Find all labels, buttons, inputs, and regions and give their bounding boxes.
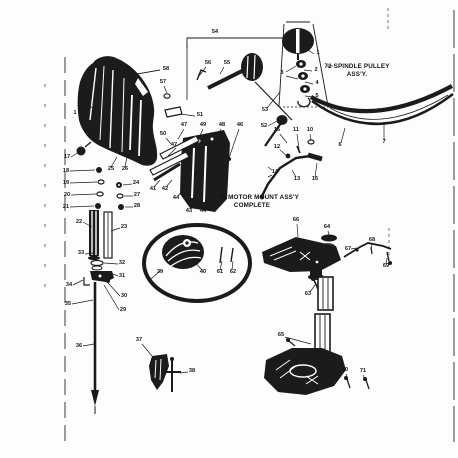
leader-line — [178, 129, 184, 139]
part-label: 2 — [314, 67, 317, 73]
part-label: 64 — [324, 224, 331, 230]
part-label: 50 — [160, 131, 166, 137]
table-assembly — [262, 235, 341, 281]
leader-line — [104, 285, 119, 310]
pin-56 — [197, 70, 206, 80]
part-label: 47 — [171, 142, 177, 148]
part-label: 39 — [157, 269, 163, 275]
part-label: 53 — [262, 107, 268, 113]
leader-line — [328, 231, 329, 235]
leader-line — [137, 70, 160, 74]
part-label: 14 — [272, 169, 279, 175]
leader-line — [304, 70, 312, 71]
part-label: 22 — [76, 219, 82, 225]
part-label: 1 — [316, 50, 319, 56]
part-label: 27 — [134, 192, 140, 198]
part-label: 21 — [63, 204, 69, 210]
part-label: 13 — [294, 176, 300, 182]
part-label: 68 — [369, 237, 375, 243]
base-casting — [264, 348, 346, 395]
part-label: 28 — [134, 203, 140, 209]
part-label: 44 — [173, 195, 180, 201]
part-label: 36 — [76, 343, 82, 349]
part-label: 43 — [186, 208, 192, 214]
table-crank — [344, 243, 392, 265]
part-label: 18 — [63, 168, 69, 174]
part-label: 63 — [305, 291, 311, 297]
spindle-pulley-callout-line2: ASS'Y. — [347, 71, 368, 78]
part-label: 4 — [315, 80, 319, 86]
part-label: 47 — [181, 122, 187, 128]
handle-grip — [308, 155, 322, 159]
part-label: 38 — [189, 368, 195, 374]
key-51 — [165, 107, 182, 117]
leader-line — [286, 76, 298, 79]
part-label: 5 — [315, 93, 318, 99]
part-label: 31 — [119, 273, 125, 279]
leader-line — [73, 280, 83, 285]
leader-line — [310, 134, 311, 140]
part-label: 40 — [200, 269, 206, 275]
part-label: 35 — [65, 301, 71, 307]
leader-line — [104, 263, 118, 264]
part-label: 42 — [162, 186, 168, 192]
part-label: 69 — [383, 263, 389, 269]
cap-64 — [321, 235, 337, 242]
leader-line — [268, 175, 272, 177]
leader-line — [83, 344, 94, 346]
feed-handle — [262, 156, 310, 196]
column-lower-tube — [286, 314, 330, 352]
part-label: 67 — [345, 246, 351, 252]
part-label: 12 — [274, 144, 280, 150]
part-label: 49 — [200, 122, 206, 128]
part-label: 44 — [200, 208, 207, 214]
part-label: 11 — [293, 127, 299, 133]
leader-line — [315, 163, 317, 177]
motor-mount-callout-line2: COMPLETE — [234, 202, 270, 209]
part-label: 29 — [120, 307, 126, 313]
part-label: 65 — [278, 332, 284, 338]
column-upper-tube — [311, 277, 333, 310]
depth-stop-group — [84, 261, 114, 415]
part-label: 3 — [280, 70, 283, 76]
leader-line — [280, 134, 287, 143]
part-label: 32 — [119, 260, 125, 266]
bolt-12 — [286, 154, 291, 159]
quill-tubes — [88, 210, 112, 260]
leader-line — [142, 344, 152, 356]
leader-line — [220, 67, 224, 74]
exploded-parts-diagram: 72 SPINDLE PULLEY ASS'Y. 48 MOTOR MOUNT … — [0, 0, 458, 458]
part-label: 30 — [121, 293, 127, 299]
leader-line — [297, 224, 298, 237]
part-label: 16 — [312, 176, 318, 182]
pulley-washers — [296, 60, 310, 93]
part-label: 41 — [150, 186, 156, 192]
base-bolts — [344, 376, 369, 389]
part-label: 17 — [64, 154, 70, 160]
leader-line — [70, 206, 94, 207]
parts-diagram-page: 72 SPINDLE PULLEY ASS'Y. 48 MOTOR MOUNT … — [0, 0, 458, 458]
part-label: 58 — [163, 66, 169, 72]
part-label: 66 — [293, 217, 299, 223]
leader-line — [71, 194, 96, 195]
part-label: 33 — [78, 250, 84, 256]
handle-ring-10 — [308, 140, 314, 144]
spindle-pulley-assembly — [279, 22, 330, 107]
part-label: 25 — [108, 166, 114, 172]
leader-line — [305, 82, 313, 84]
knob-17 — [77, 147, 86, 156]
spindle-shaft-53 — [255, 82, 292, 120]
part-label: 54 — [212, 29, 219, 35]
part-label: 61 — [217, 269, 223, 275]
leader-line — [268, 121, 277, 126]
part-label: 55 — [224, 60, 230, 66]
part-label: 34 — [66, 282, 73, 288]
part-label: 20 — [64, 192, 70, 198]
leader-line — [123, 184, 132, 185]
cone-pulley — [241, 53, 263, 81]
leader-line — [286, 66, 296, 72]
v-belt — [311, 86, 453, 124]
part-label: 10 — [307, 127, 313, 133]
leader-line — [229, 129, 239, 158]
retaining-ring — [298, 98, 310, 107]
part-label: 19 — [63, 180, 69, 186]
leader-line — [180, 372, 188, 373]
part-label: 15 — [274, 127, 280, 133]
part-label: 70 — [342, 367, 348, 373]
part-label: 6 — [338, 142, 341, 148]
leader-line — [341, 128, 345, 143]
leader-line — [70, 170, 95, 171]
motor-pulley — [162, 235, 233, 269]
part-label: 57 — [160, 79, 166, 85]
part-label: 46 — [237, 122, 243, 128]
part-label: 62 — [230, 269, 236, 275]
leader-line — [180, 114, 195, 116]
part-label: 56 — [205, 60, 211, 66]
part-label: 48 — [219, 122, 225, 128]
part-label: 37 — [136, 337, 142, 343]
part-label: 71 — [360, 368, 366, 374]
leader-line — [72, 300, 93, 304]
part-label: 52 — [261, 123, 267, 129]
part-label: 26 — [122, 166, 128, 172]
part-label: 24 — [133, 180, 140, 186]
part-label: 1 — [73, 110, 76, 116]
part-label: 51 — [197, 112, 203, 118]
leader-line — [71, 152, 79, 157]
motor-mount-callout-line1: 48 MOTOR MOUNT ASS'Y — [219, 194, 300, 201]
leader-line — [164, 86, 167, 93]
washer-57 — [164, 94, 170, 98]
part-label: 23 — [121, 224, 127, 230]
leader-line — [70, 182, 97, 183]
feed-hub — [277, 115, 288, 125]
spindle-pulley-callout-line1: 72 SPINDLE PULLEY — [324, 63, 390, 70]
callouts: 72 SPINDLE PULLEY ASS'Y. 48 MOTOR MOUNT … — [219, 63, 390, 209]
part-label: 7 — [382, 139, 385, 145]
leader-line — [280, 150, 286, 155]
